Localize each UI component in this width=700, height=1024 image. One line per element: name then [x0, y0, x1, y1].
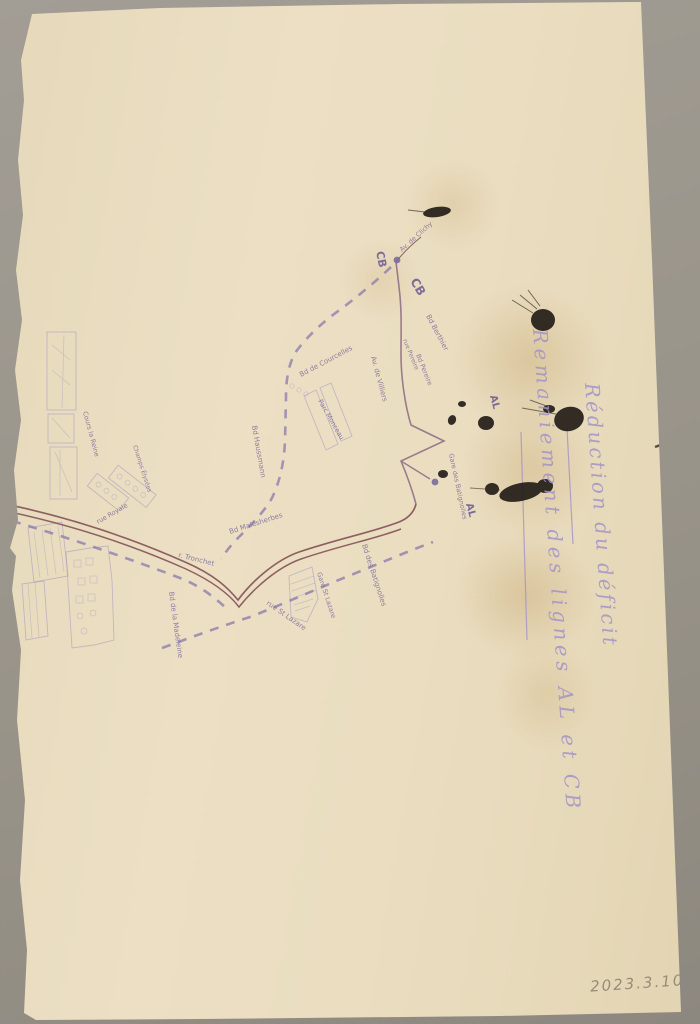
street-label-cours-la-reine: Cours la Reine: [81, 410, 101, 457]
street-label-bd-pereire: Bd Pereire: [414, 353, 434, 387]
street-label-bd-batignolles: Bd des Batignolles: [360, 543, 388, 608]
street-label-rue-st-lazare: rue St Lazare: [265, 599, 308, 632]
street-label-champs-elysees: Champs Élysées: [131, 444, 154, 493]
street-label-bd-berthier: Bd Berthier: [424, 313, 450, 352]
gare-st-lazare-sketch: [289, 567, 318, 622]
building-sketches-left-column: [47, 332, 77, 499]
street-label-gare-batignolles: Gare des Batignolles: [447, 453, 469, 521]
building-sketches-bottom-left: [22, 522, 114, 648]
street-label-bd-madeleine: Bd de la Madeleine: [167, 591, 184, 658]
street-label-bd-malesherbes: Bd Malesherbes: [228, 511, 284, 536]
line-label-cb-upper: CB: [373, 250, 389, 269]
street-label-bd-haussmann: Bd Haussmann: [250, 425, 267, 478]
street-label-av-clichy: Av. de Clichy: [398, 220, 434, 254]
street-label-gare-st-lazare: Gare St Lazare: [315, 571, 337, 619]
street-label-rue-tronchet: r. Tronchet: [178, 551, 216, 568]
line-label-cb-lower: CB: [407, 276, 428, 299]
street-label-parc-monceau: Parc Monceau: [316, 398, 346, 441]
street-label-bd-courcelles: Bd de Courcelles: [298, 344, 354, 379]
street-label-av-villiers: Av. de Villiers: [369, 355, 389, 402]
paper-sheet: CB CB AL AL Av. de Clichy Bd Berthier ru…: [0, 0, 700, 1024]
terminus-dot-al: [432, 479, 439, 486]
line-label-al-upper: AL: [487, 394, 501, 411]
terminus-dot-cb: [394, 257, 401, 264]
parc-monceau-sketch: [290, 383, 352, 450]
